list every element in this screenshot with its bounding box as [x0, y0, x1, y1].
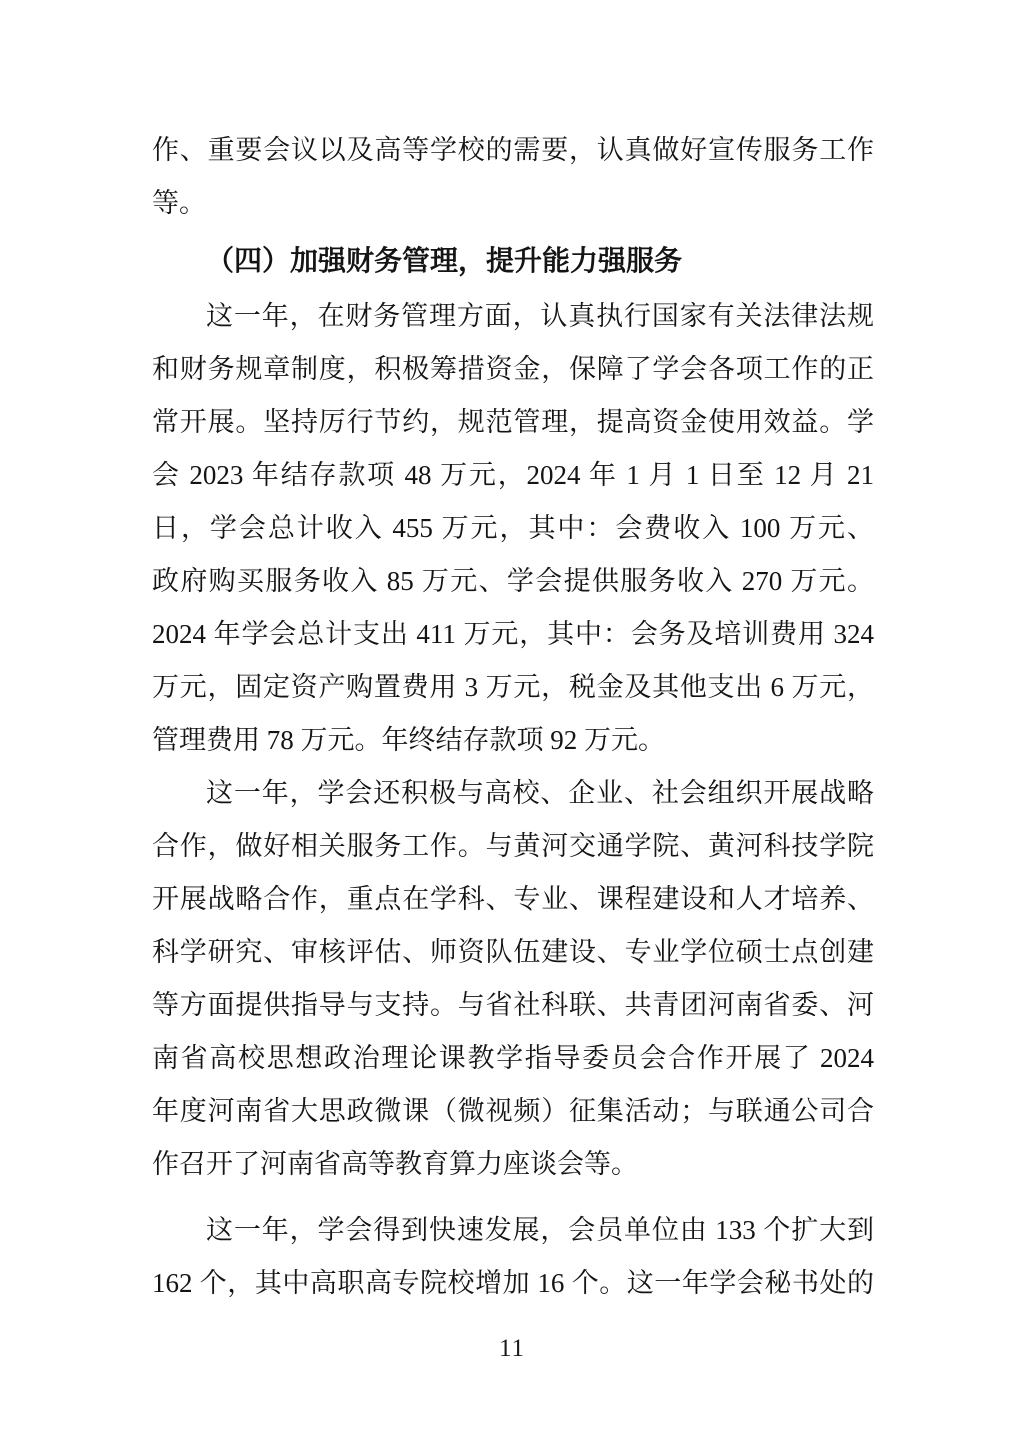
text-line: 常开展。坚持厉行节约，规范管理，提高资金使用效益。学 — [152, 396, 874, 449]
text-line: 开展战略合作，重点在学科、专业、课程建设和人才培养、 — [152, 873, 874, 926]
text-line: 作、重要会议以及高等学校的需要，认真做好宣传服务工作 — [152, 124, 874, 177]
text-line: 162 个，其中高职高专院校增加 16 个。这一年学会秘书处的 — [152, 1257, 874, 1310]
text-line: 等方面提供指导与支持。与省社科联、共青团河南省委、河 — [152, 979, 874, 1032]
text-line: 这一年，在财务管理方面，认真执行国家有关法律法规 — [152, 290, 874, 343]
text-line: 南省高校思想政治理论课教学指导委员会合作开展了 2024 — [152, 1032, 874, 1085]
text-line: 和财务规章制度，积极筹措资金，保障了学会各项工作的正 — [152, 343, 874, 396]
text-line: 科学研究、审核评估、师资队伍建设、专业学位硕士点创建 — [152, 926, 874, 979]
text-line: 2024 年学会总计支出 411 万元，其中：会务及培训费用 324 — [152, 608, 874, 661]
text-line: 管理费用 78 万元。年终结存款项 92 万元。 — [152, 714, 874, 767]
text-line: 日，学会总计收入 455 万元，其中：会费收入 100 万元、 — [152, 502, 874, 555]
text-line: 会 2023 年结存款项 48 万元，2024 年 1 月 1 日至 12 月 … — [152, 449, 874, 502]
page-number: 11 — [0, 1335, 1024, 1363]
text-line: 政府购买服务收入 85 万元、学会提供服务收入 270 万元。 — [152, 555, 874, 608]
text-line: 等。 — [152, 177, 874, 230]
text-line: 作召开了河南省高等教育算力座谈会等。 — [152, 1138, 874, 1191]
text-line: 这一年，学会还积极与高校、企业、社会组织开展战略 — [152, 767, 874, 820]
document-body: 作、重要会议以及高等学校的需要，认真做好宣传服务工作 等。 （四）加强财务管理，… — [152, 124, 874, 1310]
text-line: 合作，做好相关服务工作。与黄河交通学院、黄河科技学院 — [152, 820, 874, 873]
text-line: 万元，固定资产购置费用 3 万元，税金及其他支出 6 万元， — [152, 661, 874, 714]
section-heading: （四）加强财务管理，提升能力强服务 — [152, 234, 874, 287]
text-line: 年度河南省大思政微课（微视频）征集活动；与联通公司合 — [152, 1085, 874, 1138]
text-line: 这一年，学会得到快速发展，会员单位由 133 个扩大到 — [152, 1204, 874, 1257]
